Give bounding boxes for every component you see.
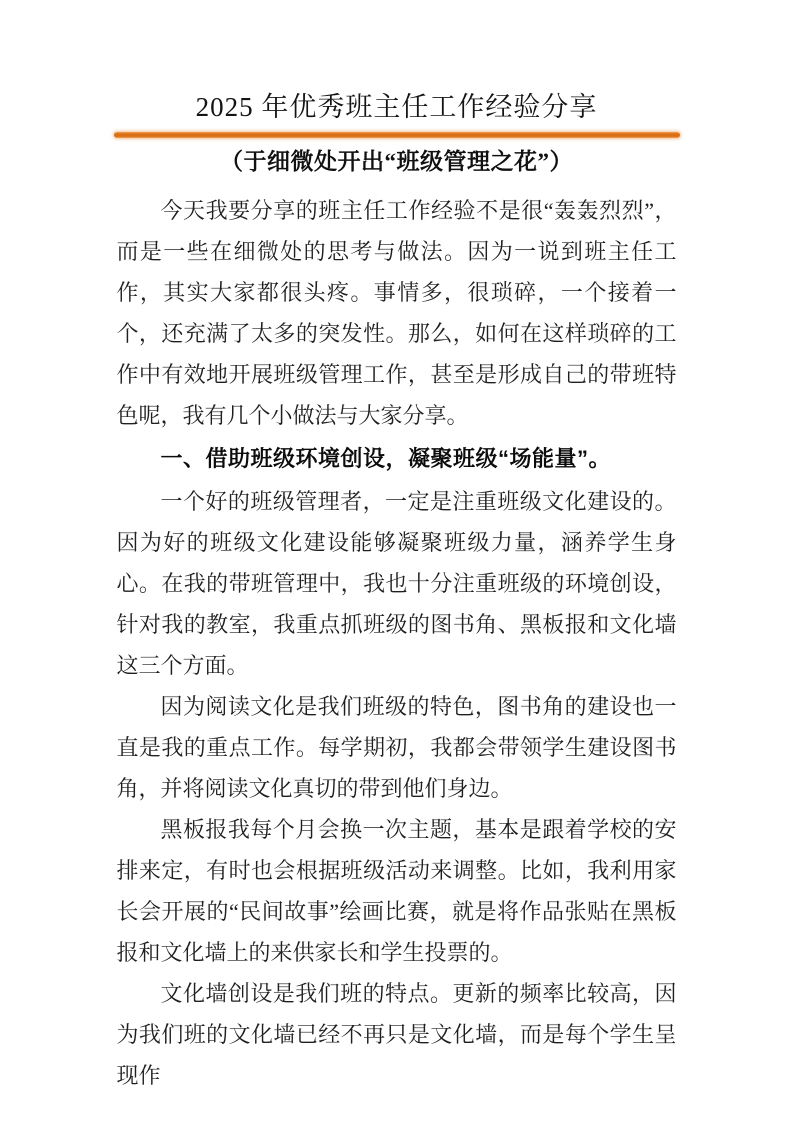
- text-column: 2025 年优秀班主任工作经验分享 （于细微处开出“班级管理之花”） 今天我要分…: [117, 0, 677, 1096]
- paragraph-intro: 今天我要分享的班主任工作经验不是很“轰轰烈烈”，而是一些在细微处的思考与做法。因…: [117, 190, 677, 436]
- document-title: 2025 年优秀班主任工作经验分享: [117, 0, 677, 126]
- document-page: 2025 年优秀班主任工作经验分享 （于细微处开出“班级管理之花”） 今天我要分…: [0, 0, 793, 1122]
- document-subtitle: （于细微处开出“班级管理之花”）: [117, 138, 677, 177]
- paragraph-class-culture: 一个好的班级管理者，一定是注重班级文化建设的。因为好的班级文化建设能够凝聚班级力…: [117, 481, 677, 686]
- paragraph-blackboard: 黑板报我每个月会换一次主题，基本是跟着学校的安排来定，有时也会根据班级活动来调整…: [117, 809, 677, 973]
- paragraph-book-corner: 因为阅读文化是我们班级的特色，图书角的建设也一直是我的重点工作。每学期初，我都会…: [117, 686, 677, 809]
- section-heading-1: 一、借助班级环境创设，凝聚班级“场能量”。: [117, 437, 677, 480]
- paragraph-culture-wall: 文化墙创设是我们班的特点。更新的频率比较高，因为我们班的文化墙已经不再只是文化墙…: [117, 973, 677, 1096]
